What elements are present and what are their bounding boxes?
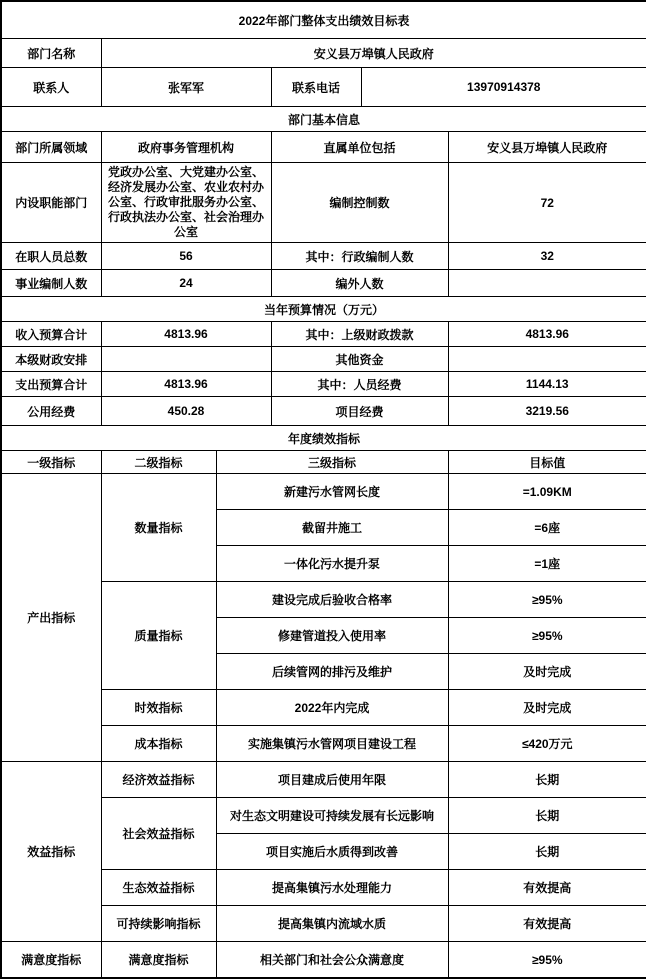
personnel-funds-label: 其中：人员经费 [271,372,448,397]
indicator-target: 及时完成 [448,690,646,726]
indicator-target: =1.09KM [448,474,646,510]
level2-sustainability: 可持续影响指标 [101,906,216,942]
indicator-name: 新建污水管网长度 [216,474,448,510]
internal-depts-value: 党政办公室、大党建办公室、经济发展办公室、农业农村办公室、行政审批服务办公室、行… [101,163,271,243]
higher-grant-label: 其中：上级财政拨款 [271,322,448,347]
indicator-name: 截留井施工 [216,510,448,546]
perf-row: 效益指标 经济效益指标 项目建成后使用年限 长期 [1,762,646,798]
domain-row: 部门所属领域 政府事务管理机构 直属单位包括 安义县万埠镇人民政府 [1,132,646,163]
local-funds-row: 本级财政安排 其他资金 [1,347,646,372]
admin-staff-label: 其中：行政编制人数 [271,243,448,270]
income-total-value: 4813.96 [101,322,271,347]
career-staff-value: 24 [101,270,271,297]
indicator-name: 修建管道投入使用率 [216,618,448,654]
perf-col3-header: 三级指标 [216,451,448,474]
domain-value: 政府事务管理机构 [101,132,271,163]
local-funds-value [101,347,271,372]
subunit-label: 直属单位包括 [271,132,448,163]
dept-name-row: 部门名称 安义县万埠镇人民政府 [1,39,646,68]
level2-social: 社会效益指标 [101,798,216,870]
public-funds-label: 公用经费 [1,397,101,426]
expense-total-label: 支出预算合计 [1,372,101,397]
perf-row: 产出指标 数量指标 新建污水管网长度 =1.09KM [1,474,646,510]
indicator-target: =6座 [448,510,646,546]
perf-header: 年度绩效指标 [1,426,646,451]
level1-benefit: 效益指标 [1,762,101,942]
indicator-target: ≥95% [448,582,646,618]
indicator-target: 有效提高 [448,906,646,942]
indicator-name: 2022年内完成 [216,690,448,726]
contact-label: 联系人 [1,68,101,107]
expense-total-value: 4813.96 [101,372,271,397]
indicator-name: 一体化污水提升泵 [216,546,448,582]
public-funds-row: 公用经费 450.28 项目经费 3219.56 [1,397,646,426]
indicator-name: 实施集镇污水管网项目建设工程 [216,726,448,762]
admin-staff-value: 32 [448,243,646,270]
career-staff-row: 事业编制人数 24 编外人数 [1,270,646,297]
page-title: 2022年部门整体支出绩效目标表 [1,1,646,39]
level1-output: 产出指标 [1,474,101,762]
public-funds-value: 450.28 [101,397,271,426]
career-staff-label: 事业编制人数 [1,270,101,297]
project-funds-value: 3219.56 [448,397,646,426]
dept-name-value: 安义县万埠镇人民政府 [101,39,646,68]
external-staff-value [448,270,646,297]
level1-satisfaction: 满意度指标 [1,942,101,979]
personnel-funds-value: 1144.13 [448,372,646,397]
indicator-target: ≥95% [448,942,646,979]
indicator-name: 对生态文明建设可持续发展有长远影响 [216,798,448,834]
quota-value: 72 [448,163,646,243]
indicator-target: 及时完成 [448,654,646,690]
higher-grant-value: 4813.96 [448,322,646,347]
perf-col1-header: 一级指标 [1,451,101,474]
indicator-target: 长期 [448,762,646,798]
perf-col2-header: 二级指标 [101,451,216,474]
contact-row: 联系人 张军军 联系电话 13970914378 [1,68,646,107]
indicator-target: 长期 [448,798,646,834]
indicator-name: 后续管网的排污及维护 [216,654,448,690]
staff-total-value: 56 [101,243,271,270]
indicator-name: 相关部门和社会公众满意度 [216,942,448,979]
perf-columns-row: 一级指标 二级指标 三级指标 目标值 [1,451,646,474]
contact-value: 张军军 [101,68,271,107]
other-funds-value [448,347,646,372]
staff-total-label: 在职人员总数 [1,243,101,270]
income-total-row: 收入预算合计 4813.96 其中：上级财政拨款 4813.96 [1,322,646,347]
budget-header: 当年预算情况（万元） [1,297,646,322]
indicator-target: 有效提高 [448,870,646,906]
indicator-target: ≥95% [448,618,646,654]
perf-row: 满意度指标 满意度指标 相关部门和社会公众满意度 ≥95% [1,942,646,979]
level2-quantity: 数量指标 [101,474,216,582]
subunit-value: 安义县万埠镇人民政府 [448,132,646,163]
title-row: 2022年部门整体支出绩效目标表 [1,1,646,39]
indicator-name: 建设完成后验收合格率 [216,582,448,618]
other-funds-label: 其他资金 [271,347,448,372]
indicator-name: 提高集镇污水处理能力 [216,870,448,906]
staff-total-row: 在职人员总数 56 其中：行政编制人数 32 [1,243,646,270]
quota-label: 编制控制数 [271,163,448,243]
phone-value: 13970914378 [361,68,646,107]
project-funds-label: 项目经费 [271,397,448,426]
basic-info-header-row: 部门基本信息 [1,107,646,132]
indicator-target: ≤420万元 [448,726,646,762]
local-funds-label: 本级财政安排 [1,347,101,372]
indicator-name: 项目实施后水质得到改善 [216,834,448,870]
indicator-target: 长期 [448,834,646,870]
income-total-label: 收入预算合计 [1,322,101,347]
internal-depts-row: 内设职能部门 党政办公室、大党建办公室、经济发展办公室、农业农村办公室、行政审批… [1,163,646,243]
phone-label: 联系电话 [271,68,361,107]
level2-cost: 成本指标 [101,726,216,762]
indicator-name: 提高集镇内流域水质 [216,906,448,942]
external-staff-label: 编外人数 [271,270,448,297]
performance-target-table: 2022年部门整体支出绩效目标表 部门名称 安义县万埠镇人民政府 联系人 张军军… [0,0,646,979]
perf-header-row: 年度绩效指标 [1,426,646,451]
internal-depts-label: 内设职能部门 [1,163,101,243]
indicator-target: =1座 [448,546,646,582]
budget-header-row: 当年预算情况（万元） [1,297,646,322]
dept-name-label: 部门名称 [1,39,101,68]
level2-ecological: 生态效益指标 [101,870,216,906]
indicator-name: 项目建成后使用年限 [216,762,448,798]
level2-economic: 经济效益指标 [101,762,216,798]
basic-info-header: 部门基本信息 [1,107,646,132]
level2-timeliness: 时效指标 [101,690,216,726]
expense-total-row: 支出预算合计 4813.96 其中：人员经费 1144.13 [1,372,646,397]
level2-satisfaction: 满意度指标 [101,942,216,979]
perf-col4-header: 目标值 [448,451,646,474]
domain-label: 部门所属领域 [1,132,101,163]
level2-quality: 质量指标 [101,582,216,690]
